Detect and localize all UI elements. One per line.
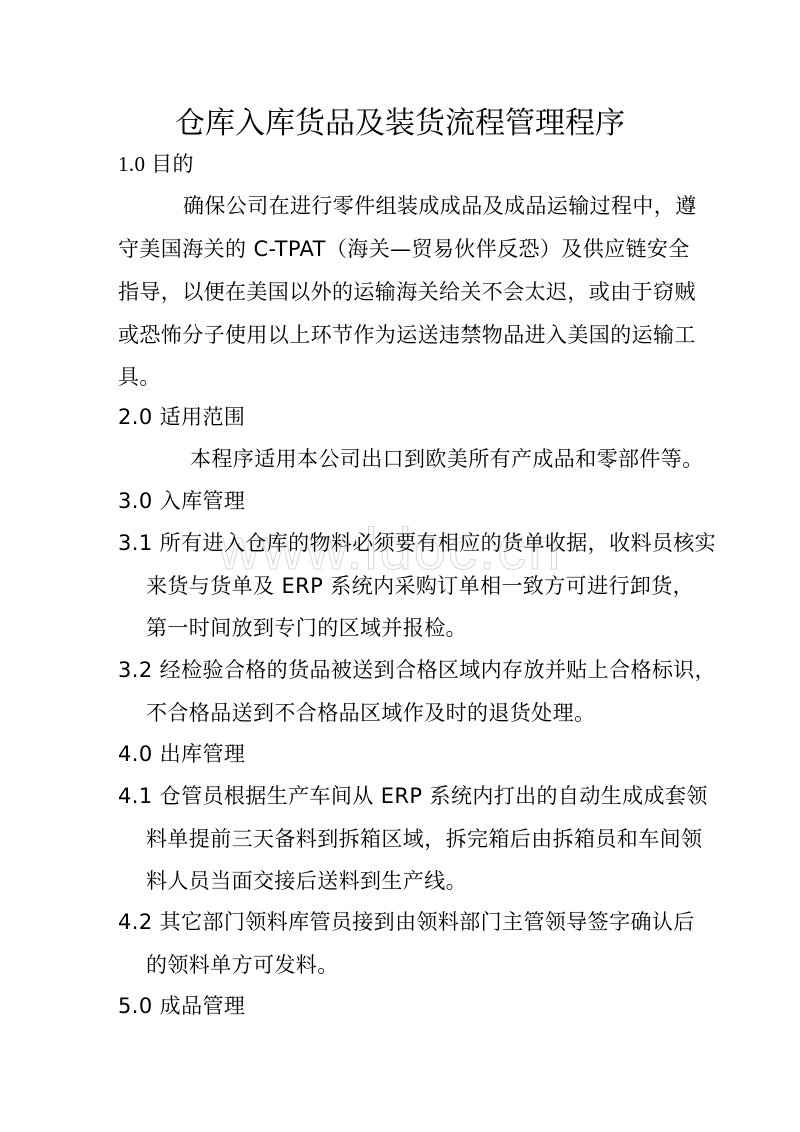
document-page: www.ldoc.cn 仓库入库货品及装货流程管理程序 1.0 目的 确保公司在… xyxy=(0,0,800,1132)
paragraph-line: 或恐怖分子使用以上环节作为运送违禁物品进入美国的运输工 xyxy=(118,319,696,349)
section-heading-scope: 2.0 适用范围 xyxy=(118,401,245,431)
list-item-line: 3.1 所有进入仓库的物料必须要有相应的货单收据，收料员核实 xyxy=(118,527,716,557)
list-item-line: 不合格品送到不合格品区域作及时的退货处理。 xyxy=(146,697,595,727)
paragraph-line: 确保公司在进行零件组装成成品及成品运输过程中，遵 xyxy=(183,190,697,220)
section-heading-purpose: 1.0 目的 xyxy=(118,148,194,178)
list-item-line: 3.2 经检验合格的货品被送到合格区域内存放并贴上合格标识， xyxy=(118,654,716,684)
list-item-line: 料单提前三天备料到拆箱区域，拆完箱后由拆箱员和车间领 xyxy=(146,823,702,853)
paragraph-line: 本程序适用本公司出口到欧美所有产成品和零部件等。 xyxy=(190,443,704,473)
paragraph-line: 指导，以便在美国以外的运输海关给关不会太迟，或由于窃贼 xyxy=(118,276,696,306)
paragraph-line: 守美国海关的 C-TPAT（海关—贸易伙伴反恐）及供应链安全 xyxy=(118,233,690,263)
paragraph-line: 具。 xyxy=(118,361,161,391)
list-item-line: 第一时间放到专门的区域并报检。 xyxy=(146,612,467,642)
section-heading-outbound: 4.0 出库管理 xyxy=(118,738,245,768)
list-item-line: 来货与货单及 ERP 系统内采购订单相一致方可进行卸货， xyxy=(146,570,694,600)
document-title: 仓库入库货品及装货流程管理程序 xyxy=(0,98,800,142)
list-item-line: 的领料单方可发料。 xyxy=(146,949,339,979)
section-heading-finished-goods: 5.0 成品管理 xyxy=(118,990,245,1020)
section-heading-inbound: 3.0 入库管理 xyxy=(118,485,245,515)
list-item-line: 料人员当面交接后送料到生产线。 xyxy=(146,865,467,895)
list-item-line: 4.2 其它部门领料库管员接到由领料部门主管领导签字确认后 xyxy=(118,906,695,936)
list-item-line: 4.1 仓管员根据生产车间从 ERP 系统内打出的自动生成成套领 xyxy=(118,780,708,810)
